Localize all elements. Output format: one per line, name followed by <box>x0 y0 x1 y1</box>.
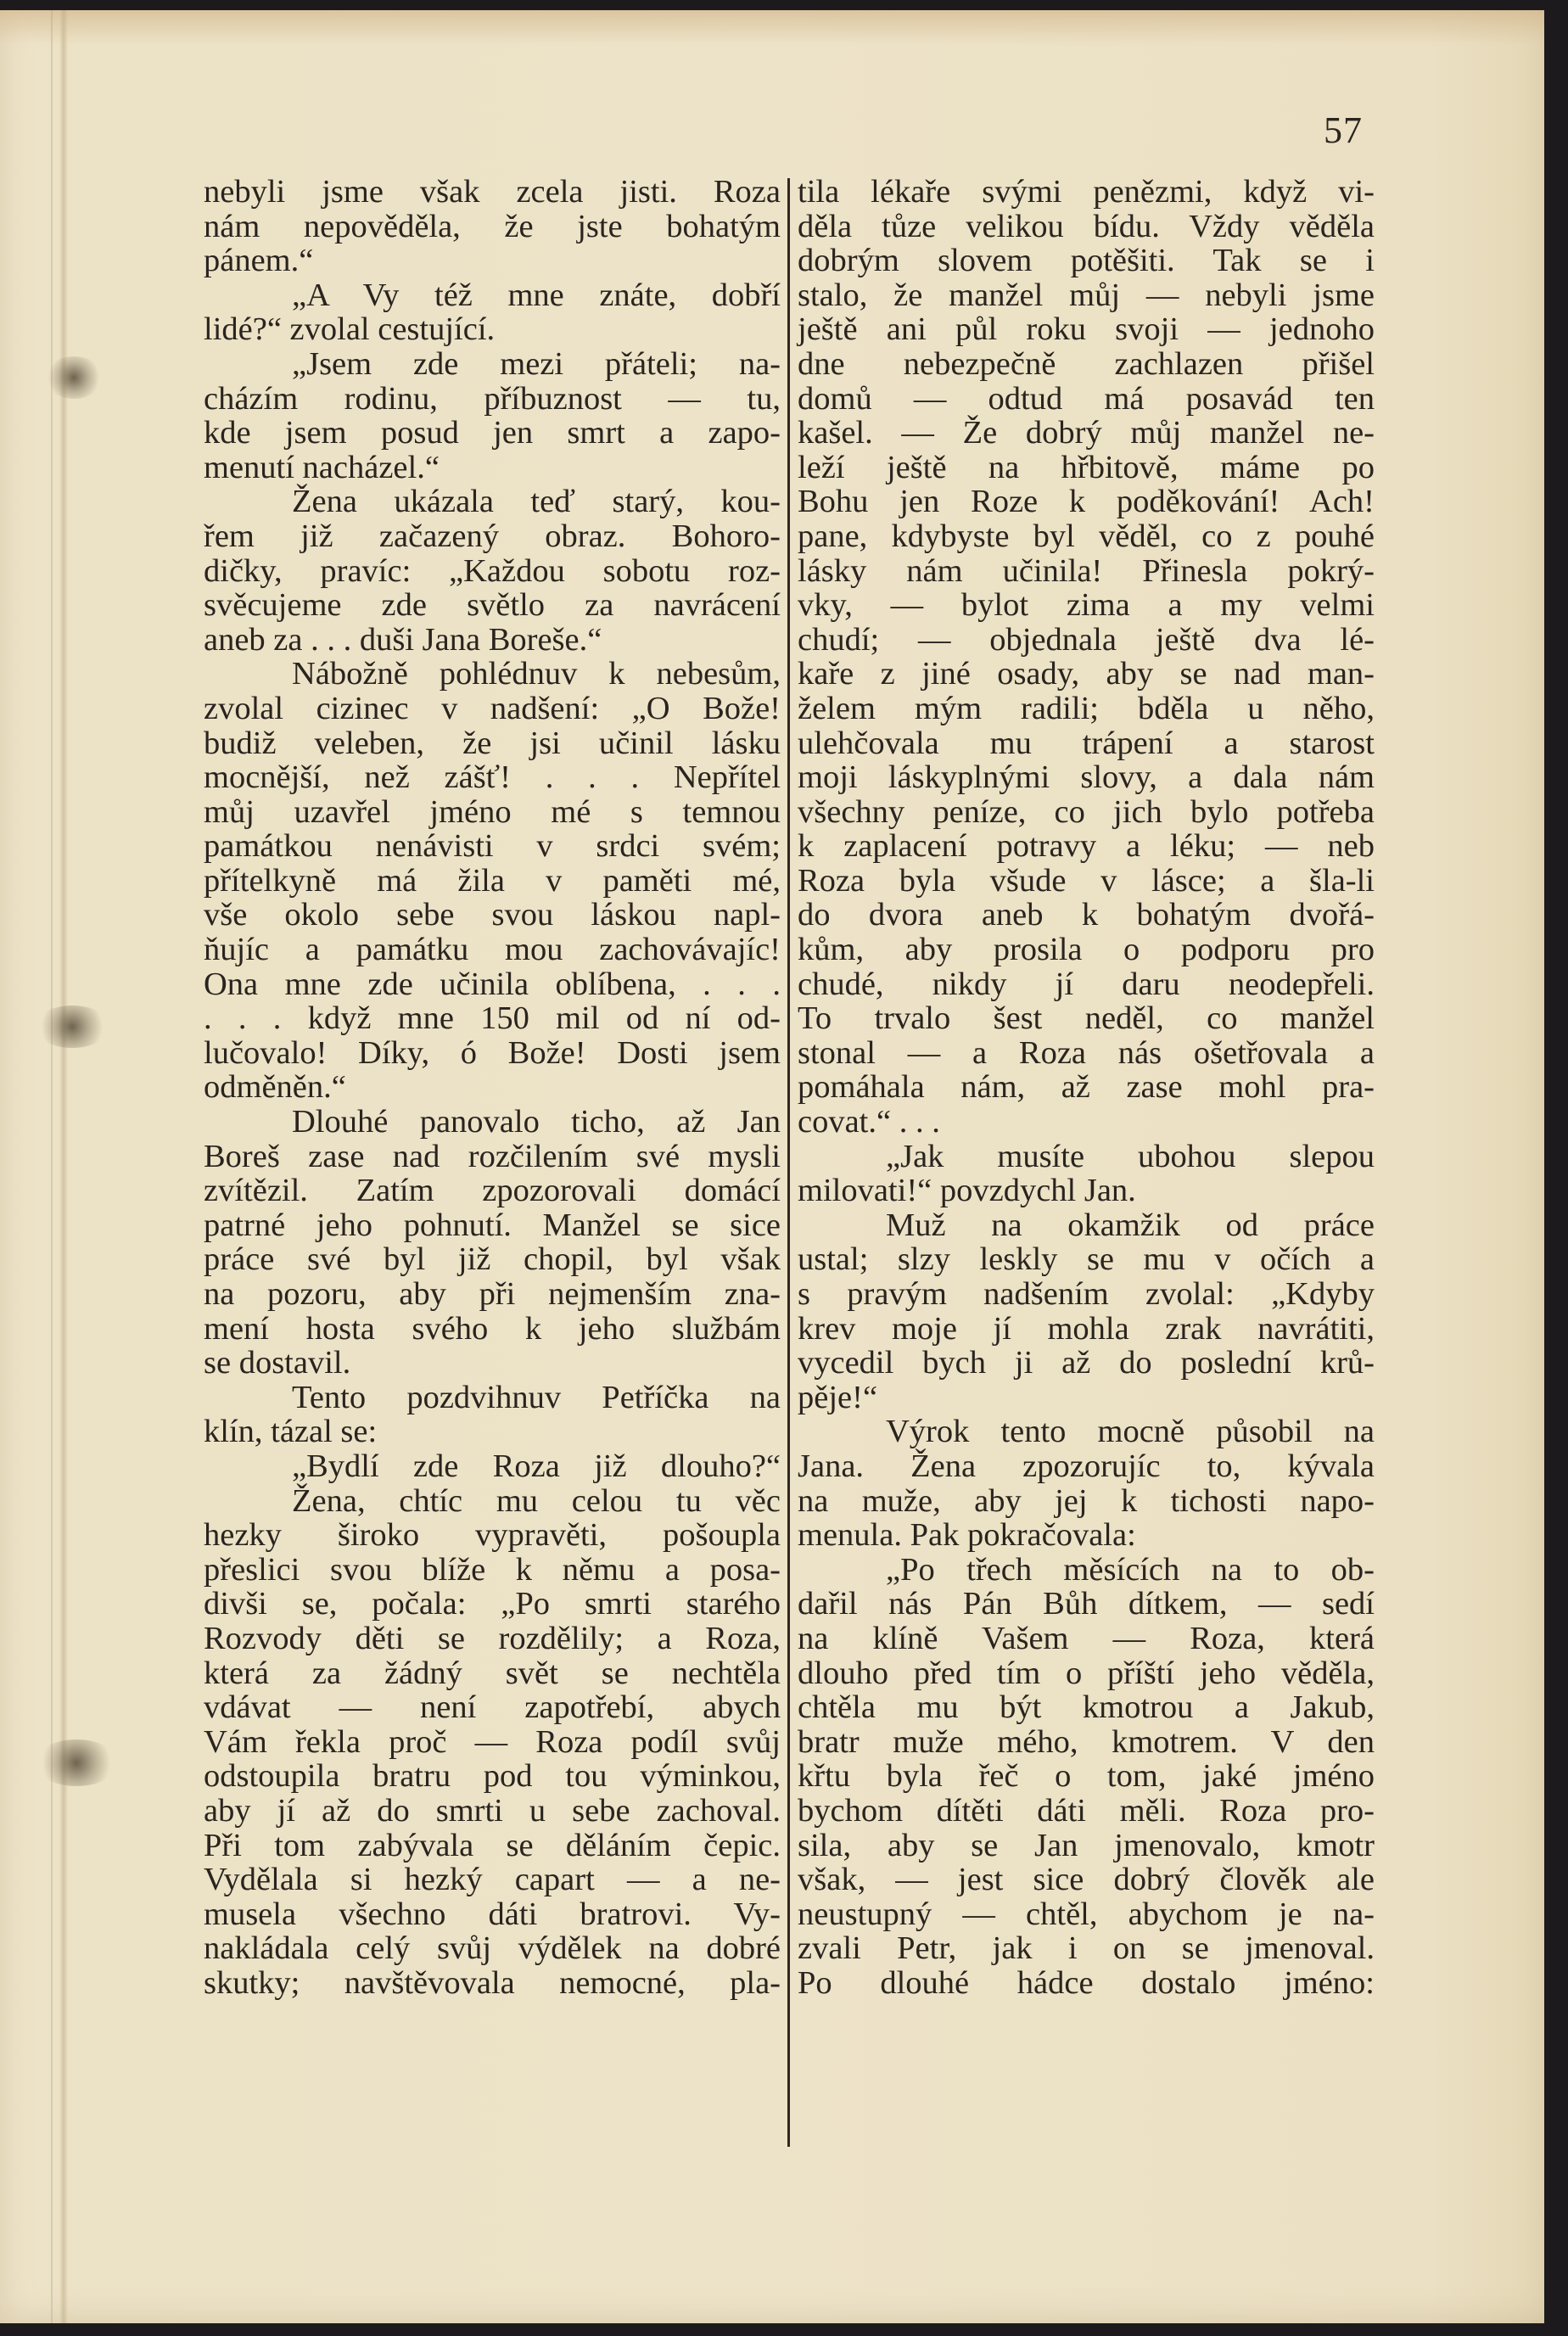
text-line: Ona mne zde učinila oblíbena, . . . <box>204 967 781 1002</box>
text-line: zvali Petr, jak i on se jmenoval. <box>798 1931 1375 1966</box>
text-line: na muže, aby jej k tichosti napo- <box>798 1484 1375 1519</box>
text-line: kde jsem posud jen smrt a zapo- <box>204 416 781 451</box>
text-line: želem mým radili; bděla u něho, <box>798 692 1375 726</box>
text-line: ustal; slzy leskly se mu v očích a <box>798 1242 1375 1277</box>
text-line: „Bydlí zde Roza již dlouho?“ <box>204 1449 781 1484</box>
text-line: skutky; navštěvovala nemocné, pla- <box>204 1966 781 2001</box>
text-line: dlouho před tím o příští jeho věděla, <box>798 1656 1375 1691</box>
text-line: pěje!“ <box>798 1381 1375 1415</box>
text-line: však, — jest sice dobrý člověk ale <box>798 1863 1375 1897</box>
text-line: s pravým nadšením zvolal: „Kdyby <box>798 1277 1375 1312</box>
text-line: Po dlouhé hádce dostalo jméno: <box>798 1966 1375 2001</box>
text-line: lučovalo! Díky, ó Bože! Dosti jsem <box>204 1036 781 1071</box>
text-line: dobrým slovem potěšiti. Tak se i <box>798 244 1375 278</box>
text-line: odstoupila bratru pod tou výminkou, <box>204 1759 781 1794</box>
text-line: Vydělala si hezký capart — a ne- <box>204 1863 781 1897</box>
text-line: bychom dítěti dáti měli. Roza pro- <box>798 1794 1375 1829</box>
text-line: mení hosta svého k jeho službám <box>204 1312 781 1347</box>
text-column-left: nebyli jsme však zcela jisti. Rozanám ne… <box>204 175 781 2000</box>
text-line: bratr muže mého, kmotrem. V den <box>798 1725 1375 1760</box>
text-line: Boreš zase nad rozčilením své mysli <box>204 1140 781 1174</box>
text-line: vdávat — není zapotřebí, abych <box>204 1690 781 1725</box>
text-line: práce své byl již chopil, byl však <box>204 1242 781 1277</box>
text-line: stonal — a Roza nás ošetřovala a <box>798 1036 1375 1071</box>
text-line: Vám řekla proč — Roza podíl svůj <box>204 1725 781 1760</box>
text-line: do dvora aneb k bohatým dvořá- <box>798 898 1375 933</box>
scan-background-edge <box>1544 0 1568 2336</box>
text-line: To trvalo šest neděl, co manžel <box>798 1001 1375 1036</box>
binding-edge <box>51 10 53 2323</box>
text-line: „Jsem zde mezi přáteli; na- <box>204 347 781 382</box>
text-line: Rozvody děti se rozdělily; a Roza, <box>204 1622 781 1656</box>
text-line: dne nebezpečně zachlazen přišel <box>798 347 1375 382</box>
text-line: přeslici svou blíže k němu a posa- <box>204 1553 781 1588</box>
text-line: aby jí až do smrti u sebe zachoval. <box>204 1794 781 1829</box>
text-line: Žena ukázala teď starý, kou- <box>204 485 781 519</box>
text-line: neustupný — chtěl, abychom je na- <box>798 1897 1375 1932</box>
text-line: ňujíc a památku mou zachovávajíc! <box>204 933 781 967</box>
text-line: divši se, počala: „Po smrti starého <box>204 1587 781 1622</box>
text-line: můj uzavřel jméno mé s temnou <box>204 795 781 830</box>
text-line: Dlouhé panovalo ticho, až Jan <box>204 1105 781 1140</box>
text-line: menutí nacházel.“ <box>204 451 781 485</box>
text-line: menula. Pak pokračovala: <box>798 1518 1375 1553</box>
text-line: milovati!“ povzdychl Jan. <box>798 1174 1375 1208</box>
text-line: se dostavil. <box>204 1346 781 1381</box>
text-line: ulehčovala mu trápení a starost <box>798 726 1375 761</box>
text-column-right: tila lékaře svými penězmi, když vi-děla … <box>798 175 1375 2000</box>
text-line: „Po třech měsících na to ob- <box>798 1553 1375 1588</box>
text-line: covat.“ . . . <box>798 1105 1375 1140</box>
text-line: Roza byla všude v lásce; a šla-li <box>798 864 1375 899</box>
text-line: nakládala celý svůj výdělek na dobré <box>204 1931 781 1966</box>
text-line: tila lékaře svými penězmi, když vi- <box>798 175 1375 210</box>
text-line: leží ještě na hřbitově, máme po <box>798 451 1375 485</box>
text-line: ještě ani půl roku svoji — jednoho <box>798 312 1375 347</box>
text-line: křtu byla řeč o tom, jaké jméno <box>798 1759 1375 1794</box>
text-line: vky, — bylot zima a my velmi <box>798 588 1375 623</box>
text-line: děla tůze velikou bídu. Vždy věděla <box>798 210 1375 244</box>
text-line: kům, aby prosila o podporu pro <box>798 933 1375 967</box>
page-top-shading <box>0 10 1554 44</box>
text-line: dičky, pravíc: „Každou sobotu roz- <box>204 554 781 589</box>
text-line: krev moje jí mohla zrak navrátiti, <box>798 1312 1375 1347</box>
text-line: chudí; — objednala ještě dva lé- <box>798 623 1375 658</box>
binding-stain-2 <box>34 1006 110 1048</box>
text-line: mocnější, než zášť! . . . Nepřítel <box>204 760 781 795</box>
text-line: Jana. Žena zpozorujíc to, kývala <box>798 1449 1375 1484</box>
text-line: aneb za . . . duši Jana Boreše.“ <box>204 623 781 658</box>
text-line: všechny peníze, co jich bylo potřeba <box>798 795 1375 830</box>
text-line: přítelkyně má žila v paměti mé, <box>204 864 781 899</box>
text-line: památkou nenávisti v srdci svém; <box>204 829 781 864</box>
text-line: zvolal cizinec v nadšení: „O Bože! <box>204 692 781 726</box>
page-number: 57 <box>1324 109 1363 152</box>
text-line: pánem.“ <box>204 244 781 278</box>
text-line: na klíně Vašem — Roza, která <box>798 1622 1375 1656</box>
text-line: Nábožně pohlédnuv k nebesům, <box>204 657 781 692</box>
text-line: Výrok tento mocně působil na <box>798 1414 1375 1449</box>
text-line: budiž veleben, že jsi učinil lásku <box>204 726 781 761</box>
text-line: chtěla mu být kmotrou a Jakub, <box>798 1690 1375 1725</box>
text-line: svěcujeme zde světlo za navrácení <box>204 588 781 623</box>
binding-stain-3 <box>34 1739 119 1786</box>
text-line: pane, kdybyste byl věděl, co z pouhé <box>798 519 1375 554</box>
text-line: k zaplacení potravy a léku; — neb <box>798 829 1375 864</box>
text-line: nám nepověděla, že jste bohatým <box>204 210 781 244</box>
text-line: . . . když mne 150 mil od ní od- <box>204 1001 781 1036</box>
text-line: odměněn.“ <box>204 1070 781 1105</box>
text-line: vycedil bych ji až do poslední krů- <box>798 1346 1375 1381</box>
text-line: moji láskyplnými slovy, a dala nám <box>798 760 1375 795</box>
text-line: pomáhala nám, až zase mohl pra- <box>798 1070 1375 1105</box>
text-line: lásky nám učinila! Přinesla pokrý- <box>798 554 1375 589</box>
text-line: dařil nás Pán Bůh dítkem, — sedí <box>798 1587 1375 1622</box>
text-line: klín, tázal se: <box>204 1414 781 1449</box>
text-line: Tento pozdvihnuv Petříčka na <box>204 1381 781 1415</box>
text-line: na pozoru, aby při nejmenším zna- <box>204 1277 781 1312</box>
text-line: která za žádný svět se nechtěla <box>204 1656 781 1691</box>
text-line: „Jak musíte ubohou slepou <box>798 1140 1375 1174</box>
binding-stain-1 <box>44 356 104 399</box>
text-line: Muž na okamžik od práce <box>798 1208 1375 1243</box>
text-line: řem již začazený obraz. Bohoro- <box>204 519 781 554</box>
text-line: Bohu jen Roze k poděkování! Ach! <box>798 485 1375 519</box>
column-divider-rule <box>787 178 790 2147</box>
text-line: domů — odtud má posavád ten <box>798 382 1375 417</box>
text-line: „A Vy též mne znáte, dobří <box>204 278 781 313</box>
text-line: cházím rodinu, příbuznost — tu, <box>204 382 781 417</box>
text-line: Žena, chtíc mu celou tu věc <box>204 1484 781 1519</box>
text-line: kaře z jiné osady, aby se nad man- <box>798 657 1375 692</box>
text-line: vše okolo sebe svou láskou napl- <box>204 898 781 933</box>
text-line: chudé, nikdy jí daru neodepřeli. <box>798 967 1375 1002</box>
text-line: nebyli jsme však zcela jisti. Roza <box>204 175 781 210</box>
text-line: patrné jeho pohnutí. Manžel se sice <box>204 1208 781 1243</box>
text-line: Při tom zabývala se děláním čepic. <box>204 1829 781 1863</box>
text-line: musela všechno dáti bratrovi. Vy- <box>204 1897 781 1932</box>
text-line: kašel. — Že dobrý můj manžel ne- <box>798 416 1375 451</box>
text-line: zvítězil. Zatím zpozorovali domácí <box>204 1174 781 1208</box>
text-line: lidé?“ zvolal cestující. <box>204 312 781 347</box>
text-line: hezky široko vypravěti, pošoupla <box>204 1518 781 1553</box>
text-line: stalo, že manžel můj — nebyli jsme <box>798 278 1375 313</box>
text-line: sila, aby se Jan jmenovalo, kmotr <box>798 1829 1375 1863</box>
